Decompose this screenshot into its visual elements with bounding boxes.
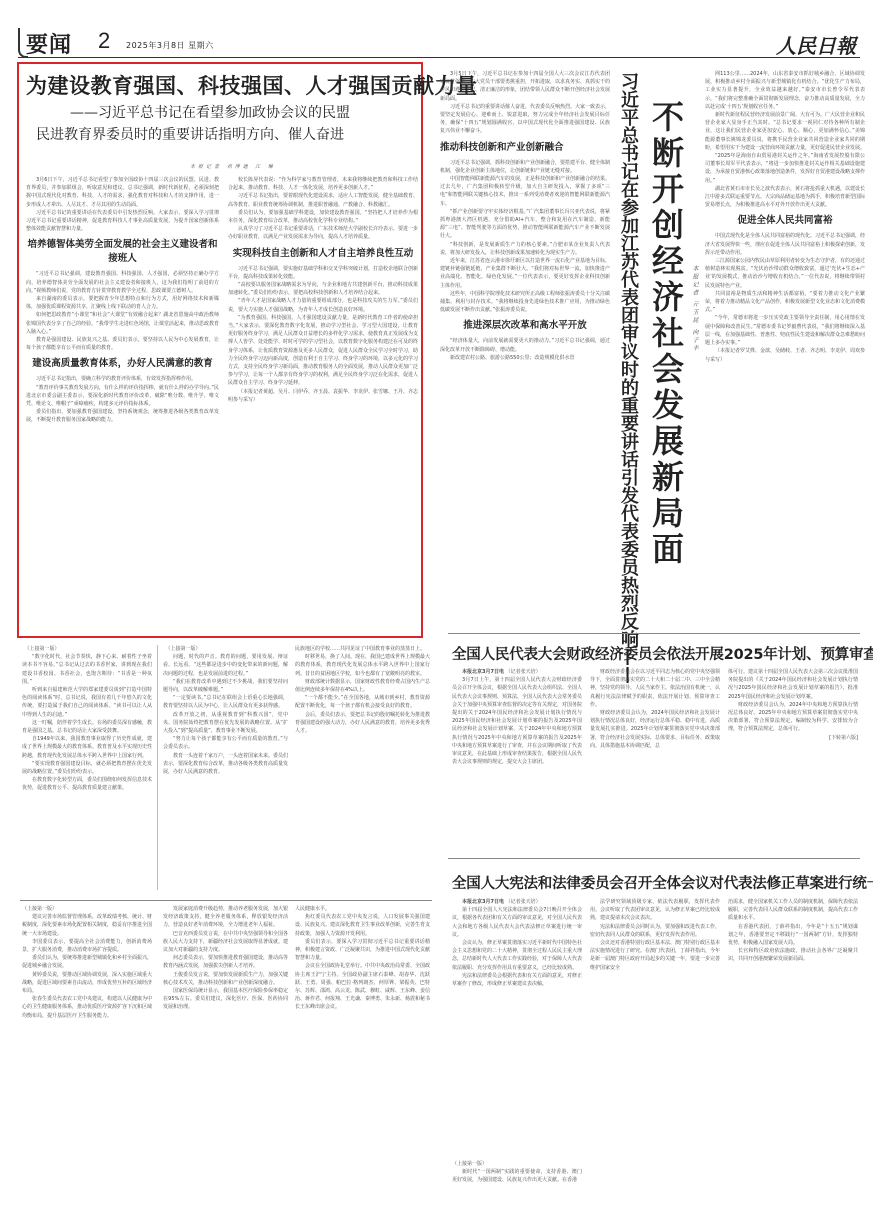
lead-headline[interactable]: 为建设教育强国、科技强国、人才强国贡献力量 [26, 70, 416, 100]
paragraph: 委员们指出，要加强教育强国建设，坚持系统观念，统筹推进各级各类教育改革发展，不断… [26, 408, 219, 424]
law-continuation-snippet: （上接第一版） 新时代“一国两制”实践的重要使命，支持香港、澳门更好发展，为强国… [452, 1160, 582, 1205]
section-divider [20, 900, 432, 901]
paragraph: “我们在教育改革中遇到过不少挑战，我们要坚持问题导向，以改革破解难题。” [163, 678, 288, 694]
paragraph: 体可行。建议第十四届全国人民代表大会第三次会议批准国务院提出的《关于2024年国… [728, 668, 858, 701]
paragraph: 财政经济委员会认为，2024年中央和地方预算执行情况总体良好。2025年中央和地… [728, 701, 858, 734]
paragraph: 习近平总书记指出，要确立科学的教育评价体系，有效发挥指挥棒作用。 [26, 375, 219, 383]
section-subhead: 培养德智体美劳全面发展的社会主义建设者和接班人 [26, 238, 219, 266]
paragraph: 焦红委员代表农工党中央发言说，人口发展事关强国建设、民族复兴。建议深化教育卫生事… [295, 913, 430, 938]
reporter-name: （记者张天培） [506, 669, 541, 675]
continuation-column-1: （上接第一版） “数字化时代，社会节奏快，静下心来、耐着性子坐着读本书不容易。”… [22, 645, 152, 895]
lower-left-column-1: （上接第一版） 建议完善市场监督管理体系，改革政绩考核、统计、财税制度，深化要素… [22, 905, 152, 1205]
paragraph: 改革开放之初，从重视教育到“科教兴国”，党中央、国务院始终把教育摆在优先发展的战… [163, 711, 288, 736]
paragraph: 认真学习了习近平总书记重要讲话，广东技术师范大学副校长许玲表示，要进一步办好职业… [228, 225, 418, 241]
paragraph: 黄婷委员说，要推动区域协调发展，深入实施区域重大战略，促进区域间要素自由流动，形… [22, 971, 152, 996]
jiangsu-column-2: 网113公里……2024年，山东省泰安市抓好城乡融合、区域协调发展，积极推动乡村… [705, 70, 865, 610]
paragraph: 财政部统计数据显示，国家财政性教育经费占国内生产总值比例连续多年保持在4%以上。 [295, 678, 430, 694]
paragraph: 何志委员表示，要加快推进教育强国建设，推动高等教育内涵式发展，加强拔尖创新人才培… [163, 954, 288, 970]
paragraph: 民族地区的学校……共同见证了中国教育事业的蒸蒸日上。 [295, 645, 430, 653]
paragraph: “科技创新，是发展新质生产力的核心要素。”合肥市某企业负责人代表说，将加大研发投… [440, 241, 610, 257]
paragraph: 财政经济委员会在以习近平同志为核心的党中央坚强领导下，全面贯彻落实党的二十大和二… [590, 668, 720, 709]
section-subhead: 建设高质量教育体系，办好人民满意的教育 [26, 357, 219, 371]
law-headline[interactable]: 全国人大宪法和法律委员会召开全体会议对代表法修正草案进行统一审议 [452, 872, 873, 893]
paragraph: 中国式现代化是全体人民共同富裕的现代化。习近平总书记强调，经济大省发展得快一些，… [705, 232, 865, 257]
paragraph: “青年人才是国家战略人才力量的重要组成部分，也是科技攻关的生力军。”委员们说，要… [228, 297, 418, 313]
continued-from-label: （上接第一版） [163, 645, 288, 653]
paragraph: 张春生委员代表农工党中央建议，构建以人民健康为中心的卫生健康服务体系，推动优质医… [22, 995, 152, 1020]
dateline: 本报北京3月7日电 [462, 669, 504, 675]
law-column-2: 法学研究领域顶级专家，依法代表履职，发挥代表作用。会议听取了代表团审议意见，认为… [590, 898, 720, 1198]
jiangsu-vertical-byline: 本报记者 亓玉昆 向子丰 [690, 265, 699, 353]
paragraph: 李国委员表示，要提高全社会消费能力，创新消费场景，扩大服务消费，推动消费市场扩容… [22, 938, 152, 954]
paragraph: 新改建农村公路、旅游公路550公里；改造规模化供水管 [440, 354, 610, 362]
paragraph: 教育是强国建设、民族复兴之基。委员们表示，要坚持以人民为中心发展教育，让每个孩子… [26, 336, 219, 352]
paragraph: 国家医保局统计显示，我国基本医疗保险参保率稳定在95%左右。委员们建议，深化医疗… [163, 987, 288, 1012]
paragraph: 这一叮嘱，陪伴着学生成长。在场的委员深有感触，教育是强国之基。总书记的话让大家深… [22, 719, 152, 735]
lead-column-1: 3月6日下午，习近平总书记看望了参加全国政协十四届三次会议的民盟、民进、教育界委… [26, 176, 219, 631]
continued-from-label: （上接第一版） [452, 1160, 582, 1168]
paragraph: 财政经济委员会认为，2024年国民经济和社会发展计划执行情况总体良好，经济运行总… [590, 709, 720, 750]
dateline: 本报北京3月7日电 [462, 899, 504, 905]
issue-date: 2025年3月8日 星期六 [126, 40, 214, 51]
lower-left-column-3: 人民健康水平。 焦红委员代表农工党中央发言说，人口发展事关强国建设、民族复兴。建… [295, 905, 430, 1205]
section-name: 要闻 [26, 28, 72, 59]
lower-left-column-2: 发展家庭消费升级趋势，推动养老服务发展，加大银发经济政策支持，健全养老服务体系，… [163, 905, 288, 1205]
paragraph: 问题，时代的声音。教育的问题，要用发展、辩证看、长远看。“这些都是进步中的变化带… [163, 653, 288, 678]
paragraph: 三江源国家公园内牧民由草原利用者转变为生态守护者，有的还通过植树造林实现脱贫。“… [705, 257, 865, 290]
paragraph: 委员们认为，要统筹推进新型城镇化和乡村全面振兴，促进城乡融合发展。 [22, 954, 152, 970]
budget-column-2: 财政经济委员会在以习近平同志为核心的党中央坚强领导下，全面贯彻落实党的二十大和二… [590, 668, 720, 848]
budget-column-1: 本报北京3月7日电 （记者张天培） 3月7日上午，第十四届全国人民代表大会财政经… [452, 668, 582, 848]
paragraph: 3月7日上午，第十四届全国人民代表大会财政经济委员会召开全体会议，根据全国人民代… [452, 676, 582, 766]
paragraph: “2025年是海南自由贸易港封关运作之年。”海南省发展控股有限公司董事长周军平代… [705, 152, 865, 185]
reporter-credit: （本报记者黄超、吴月、闫伊乔、齐玉晨、袁振华、李龙伊、张雪娜、王丹、齐志明参与采… [228, 388, 418, 404]
section-subhead: 推动科技创新和产业创新融合 [440, 141, 610, 155]
paragraph: “习近平总书记强调，建设教育强国、科技强国、人才强国，必须坚持正确办学方向，培养… [26, 270, 219, 295]
paragraph: 巴音克西委员发言说，在中共中央坚强领导和全国各族人民大力支持下，新疆经济社会发展… [163, 930, 288, 955]
lead-subtitle-line2: 民进教育界委员时的重要讲话指明方向、催人奋进 [36, 124, 344, 144]
paragraph: 中国智能网联新能源汽车的发展，正是科技创新和产业创新融合的结果。过去几年，广汽集… [440, 175, 610, 208]
paragraph: 习近平总书记强调，抓科技创新和产业创新融合，要搭建平台、健全体制机制，强化企业创… [440, 159, 610, 175]
continued-from-label: （上接第一版） [22, 905, 152, 913]
paragraph: 自1949年以来，我国教育事业取得了历史性成就，建成了世界上规模最大的教育体系。… [22, 735, 152, 760]
paragraph: “为教育强国、科技强国、人才强国建设贡献力量，是新时代教育工作者的使命担当。”大… [228, 314, 418, 388]
paragraph: 共同富裕是物质生活和精神生活都富裕。“要着力推动文化产业繁荣，将着力推动精品文化… [705, 290, 865, 315]
paragraph: 在香港代表团，丁薛祥指出，今年是“十五五”规划谋划之年，香港要坚定不移践行“一国… [728, 923, 858, 948]
paragraph: 第十四届全国人大宪法和法律委员会7日晚召开全体会议，根据各代表团和有关方面的审议… [452, 906, 582, 939]
paragraph: 来自湖南的委员表示，要把握青少年思想特点和行为方式，用好网络技术和新媒体，加强优… [26, 295, 219, 311]
paragraph: “抓产业创新要守牢实体经济根基。”广汽集团董事长冯兴亚代表说，将紧抓粤港澳大湾区… [440, 208, 610, 241]
paragraph: 教育一头连着千家万户，一头连着国家未来。委员们表示，要深化教育综合改革，推动各级… [163, 752, 288, 777]
paragraph: “高校要以服务国家战略需求为导向，与企业和地方共建创新平台，推动科技成果加速转化… [228, 281, 418, 297]
paragraph: 发展家庭消费升级趋势，推动养老服务发展，加大银发经济政策支持，健全养老服务体系，… [163, 905, 288, 930]
section-divider [448, 633, 860, 634]
budget-headline[interactable]: 全国人民代表大会财政经济委员会依法开展2025年计划、预算审查工作 [452, 643, 873, 664]
jiangsu-vertical-headline[interactable]: 不断开创经济社会发展新局面 [648, 100, 684, 568]
paragraph: 习近平总书记的重要讲话催人奋进，代表委员反响热烈。大家一致表示，要坚定发展信心、… [440, 103, 610, 136]
continuation-column-3: 民族地区的学校……共同见证了中国教育事业的蒸蒸日上。 时移世易，换了人间。现在，… [295, 645, 430, 895]
paragraph: “一定要读书。”总书记在联组会上语重心长地强调，教育要坚持以人民为中心，让人民群… [163, 694, 288, 710]
paragraph: 王俊委员发言说，要加快发展新质生产力，加强关键核心技术攻关，推动科技创新和产业创… [163, 971, 288, 987]
paragraph: 会议还对香港特别行政区基本法、澳门特别行政区基本法实施情况进行了研究。在澳门代表… [590, 939, 720, 972]
paragraph: 新时代“一国两制”实践的重要使命，支持香港、澳门更好发展，为强国建设、民族复兴作… [452, 1168, 582, 1184]
paragraph: 长官和特区政府依法施政，推动社会各界广泛凝聚共识，共同开创港澳繁荣发展新局面。 [728, 947, 858, 963]
paragraph: 这些年，中国科学院理化技术研究所正高级工程师张振涛委员十分关注碳捕集、利用与封存… [440, 290, 610, 315]
paragraph: 如何把思政教育“小课堂”和社会“大课堂”有效融合起来？湖北省恩施高中政治教师张锦… [26, 311, 219, 336]
continuation-column-2: （上接第一版） 问题，时代的声音。教育的问题，要用发展、辩证看、长远看。“这些都… [163, 645, 288, 895]
paragraph: 治需求，健全国家机关工作人员的制度机制，保障代表依法履职，完善代表同人民群众联系… [728, 898, 858, 923]
jiangsu-column-1: 3月5日下午，习近平总书记在参加十四届全国人大三次会议江苏代表团审议时强调，广大… [440, 70, 610, 580]
paragraph: 习近平总书记的重要讲话在代表委员中引发热烈反响。大家表示，要深入学习贯彻习近平总… [26, 209, 219, 234]
paragraph: “努力让每个孩子都能享有公平而有质量的教育。”与会委员表示。 [163, 735, 288, 751]
paragraph: “教育评价事关教育发展方向，有什么样的评价指挥棒，就有什么样的办学导向。”民进北… [26, 384, 219, 409]
paragraph: “一个都不能少。”在全国各地，从城市到乡村，教育资源配置不断优化，每一个孩子都有… [295, 694, 430, 710]
paragraph: 会议在全国政协礼堂举行。中共中央政治局常委、全国政协主席王沪宁主持。全国政协副主… [295, 962, 430, 1011]
paragraph: 宪法和法律委员会同时认为，要加强和改进代表工作，密切代表同人民群众的联系，更好发… [590, 923, 720, 939]
continued-on-link[interactable]: [下转第六版] [728, 734, 858, 742]
paragraph: 会议认为，修正草案贯彻落实习近平新时代中国特色社会主义思想和党的二十大精神，贯彻… [452, 939, 582, 972]
page-number: 2 [98, 28, 110, 54]
newspaper-logo: 人民日報 [776, 30, 856, 59]
paragraph: 3月6日下午，习近平总书记看望了参加全国政协十四届三次会议的民盟、民进、教育界委… [26, 176, 219, 209]
section-subhead: 促进全体人民共同富裕 [705, 214, 865, 228]
paragraph: 人民健康水平。 [295, 905, 430, 913]
paragraph: 3月5日下午，习近平总书记在参加十四届全国人大三次会议江苏代表团审议时强调，广大… [440, 70, 610, 103]
paragraph: 建议完善市场监督管理体系，改革政绩考核、统计、财税制度，深化要素市场化配置相关制… [22, 913, 152, 938]
page-masthead: 要闻 2 2025年3月8日 星期六 人民日報 [18, 28, 860, 58]
paragraph: 网113公里……2024年，山东省泰安市抓好城乡融合、区域协调发展，积极推动乡村… [705, 70, 865, 111]
paragraph: 习近平总书记强调，要实施好基础学科和交叉学科突破计划，打造校企地联合创新平台，提… [228, 265, 418, 281]
paragraph: 在教育数字化转型方面，委员们围绕如何发挥信息技术优势，促进教育公平、提高教育质量… [22, 776, 152, 792]
lead-column-2: 校长陈屏代表说：“作为科学家与教育管理者，未来我将继续把教育和科技工作结合起来，… [228, 176, 418, 631]
section-divider [448, 858, 860, 859]
lead-byline: 本报记者 刘博通 江 琳 [190, 163, 276, 170]
paragraph: 新时代新征程民营经济发展前景广阔、大有可为。广大民营企业和民营企业家大显身手正当… [705, 111, 865, 152]
paragraph: 宪法和法律委员会根据代表和有关方面的意见，对修正草案作了修改，形成修正草案建议表… [452, 972, 582, 988]
reporter-credit: （本报记者罗艾桦、金歆、吴储岐、王者、齐志明、李龙伊、周欢参与采写） [705, 347, 865, 363]
budget-column-3: 体可行。建议第十四届全国人民代表大会第三次会议批准国务院提出的《关于2024年国… [728, 668, 858, 848]
paragraph: 时移世易，换了人间。现在，我国已建成世界上规模最大的教育体系，教育现代化发展总体… [295, 653, 430, 678]
section-subhead: 实现科技自主创新和人才自主培养良性互动 [228, 247, 418, 261]
paragraph: 法学研究领域顶级专家，依法代表履职，发挥代表作用。会议听取了代表团审议意见，认为… [590, 898, 720, 923]
column-rule [157, 645, 158, 890]
paragraph: 委员们认为，要加强基础学科建设，加快建设教育强国。“坚持把人才培养作为根本任务，… [228, 209, 418, 225]
paragraph: 委员们表示，要深入学习贯彻习近平总书记重要讲话精神，积极建言资政、广泛凝聚共识，… [295, 938, 430, 963]
law-column-3: 治需求，健全国家机关工作人员的制度机制，保障代表依法履职，完善代表同人民群众联系… [728, 898, 858, 1198]
lead-subtitle-line1: ——习近平总书记在看望参加政协会议的民盟 [70, 102, 350, 122]
reporter-name: （记者张天培） [506, 899, 541, 905]
paragraph: 近年来，江苏省连云港市徐圩新区以打造世界一流石化产业基地为目标，建链补链强链延链… [440, 257, 610, 290]
paragraph: 校长陈屏代表说：“作为科学家与教育管理者，未来我将继续把教育和科技工作结合起来，… [228, 176, 418, 192]
paragraph: 习近平总书记指出，要着眼现代化建设需求，适应人工智能发展，健全基础教育、高等教育… [228, 192, 418, 208]
paragraph: “今年，常德市将进一步压实党政主要领导全责任制，用心用情在发展中保障和改善民生。… [705, 314, 865, 347]
continued-from-label: （上接第一版） [22, 645, 152, 653]
paragraph: “数字化时代，社会节奏快，静下心来、耐着性子坐着读本书不容易。”总书记从过去的书… [22, 653, 152, 686]
paragraph: “要实现教育强国建设目标，就必须把教育摆在优先发展的战略位置。”委员们纷纷表示。 [22, 760, 152, 776]
law-column-1: 本报北京3月7日电 （记者张天培） 第十四届全国人大宪法和法律委员会7日晚召开全… [452, 898, 582, 1158]
paragraph: 会后，委员们表示，要把总书记的殷切嘱托转化为推进教育强国建设的强大动力，办好人民… [295, 711, 430, 736]
paragraph: 湖北省黄石市市长吴之波代表表示，黄石将抢抓重大机遇，以建设长江中游多式联运重要节… [705, 185, 865, 210]
paragraph: 听到来自福建师范大学的郑家建委员谈到“打造中国特色的阅读体系”时，总书记说，我国… [22, 686, 152, 719]
section-subhead: 推进深层次改革和高水平开放 [440, 319, 610, 333]
paragraph: “经济体量大，向前发展就需要更大的推动力。”习近平总书记强调，通过深化改革开放不… [440, 337, 610, 353]
jiangsu-vertical-kicker: 习近平总书记在参加江苏代表团审议时的重要讲话引发代表委员热烈反响—— [614, 72, 638, 684]
